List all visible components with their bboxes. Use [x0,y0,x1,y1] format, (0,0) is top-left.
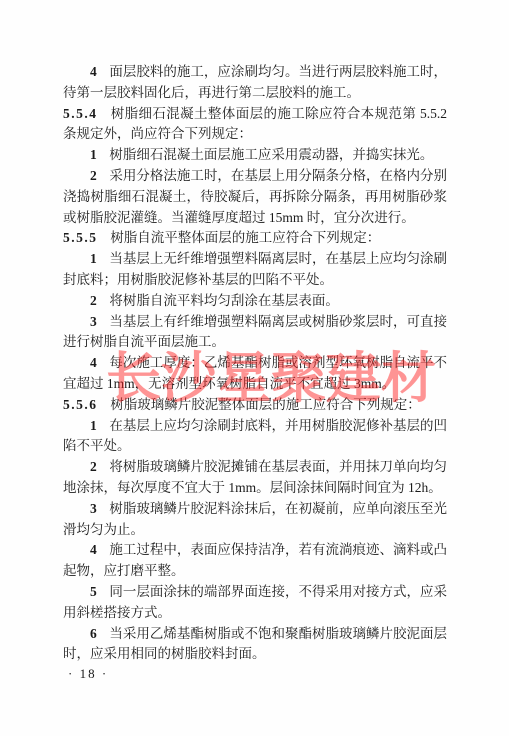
item-text: 同一层面涂抹的端部界面连接，不得采用对接方式，应采用斜槎搭接方式。 [63,584,447,620]
item-number: 1 [90,147,97,162]
clause-text: 树脂自流平整体面层的施工应符合下列规定： [110,230,380,245]
clause-paragraph: 5.5.4树脂细石混凝土整体面层的施工除应符合本规范第 5.5.2 条规定外，尚… [63,104,447,146]
list-item: 3当基层上有纤维增强塑料隔离层或树脂砂浆层时，可直接进行树脂自流平面层施工。 [63,312,447,354]
item-text: 将树脂玻璃鳞片胶泥摊铺在基层表面，并用抹刀单向均匀地涂抹，每次厚度不宜大于 1m… [63,459,447,495]
list-item: 2将树脂自流平料均匀刮涂在基层表面。 [63,291,447,312]
list-item: 3树脂玻璃鳞片胶泥料涂抹后，在初凝前，应单向滚压至光滑均匀为止。 [63,499,447,541]
item-number: 1 [90,418,97,433]
item-text: 面层胶料的施工，应涂刷均匀。当进行两层胶料施工时，待第一层胶料固化后，再进行第二… [63,64,447,100]
list-item: 1当基层上无纤维增强塑料隔离层时，在基层上应均匀涂刷封底料；用树脂胶泥修补基层的… [63,249,447,291]
list-item: 4每次施工厚度：乙烯基酯树脂或溶剂型环氧树脂自流平不宜超过 1mm，无溶剂型环氧… [63,353,447,395]
clause-text: 树脂细石混凝土整体面层的施工除应符合本规范第 5.5.2 条规定外，尚应符合下列… [63,106,447,142]
document-body-text: 4面层胶料的施工，应涂刷均匀。当进行两层胶料施工时，待第一层胶料固化后，再进行第… [63,62,447,665]
item-text: 当基层上无纤维增强塑料隔离层时，在基层上应均匀涂刷封底料；用树脂胶泥修补基层的凹… [63,251,447,287]
document-page: 4面层胶料的施工，应涂刷均匀。当进行两层胶料施工时，待第一层胶料固化后，再进行第… [0,0,509,736]
item-number: 3 [90,501,97,516]
item-number: 2 [90,293,97,308]
item-text: 将树脂自流平料均匀刮涂在基层表面。 [109,293,339,308]
list-item: 4施工过程中，表面应保持洁净，若有流淌痕迹、滴料或凸起物，应打磨平整。 [63,540,447,582]
list-item: 2采用分格法施工时，在基层上用分隔条分格，在格内分别浇捣树脂细石混凝土，待胶凝后… [63,166,447,228]
clause-paragraph: 5.5.5树脂自流平整体面层的施工应符合下列规定： [63,228,447,249]
item-number: 2 [90,168,97,183]
item-text: 施工过程中，表面应保持洁净，若有流淌痕迹、滴料或凸起物，应打磨平整。 [63,542,447,578]
clause-text: 树脂玻璃鳞片胶泥整体面层的施工应符合下列规定： [110,397,421,412]
item-text: 当采用乙烯基酯树脂或不饱和聚酯树脂玻璃鳞片胶泥面层时，应采用相同的树脂胶料封面。 [63,626,447,662]
item-number: 1 [90,251,97,266]
list-item: 5同一层面涂抹的端部界面连接，不得采用对接方式，应采用斜槎搭接方式。 [63,582,447,624]
list-item: 1树脂细石混凝土面层施工应采用震动器，并捣实抹光。 [63,145,447,166]
item-text: 采用分格法施工时，在基层上用分隔条分格，在格内分别浇捣树脂细石混凝土，待胶凝后，… [63,168,447,225]
list-item: 1在基层上应均匀涂刷封底料，并用树脂胶泥修补基层的凹陷不平处。 [63,416,447,458]
item-number: 4 [90,64,97,79]
clause-number: 5.5.5 [63,230,98,245]
clause-paragraph: 5.5.6树脂玻璃鳞片胶泥整体面层的施工应符合下列规定： [63,395,447,416]
page-number: · 18 · [68,666,108,682]
clause-number: 5.5.4 [63,106,98,121]
item-number: 2 [90,459,97,474]
list-item: 2将树脂玻璃鳞片胶泥摊铺在基层表面，并用抹刀单向均匀地涂抹，每次厚度不宜大于 1… [63,457,447,499]
list-item: 4面层胶料的施工，应涂刷均匀。当进行两层胶料施工时，待第一层胶料固化后，再进行第… [63,62,447,104]
item-text: 当基层上有纤维增强塑料隔离层或树脂砂浆层时，可直接进行树脂自流平面层施工。 [63,314,447,350]
item-number: 5 [90,584,97,599]
item-number: 4 [90,355,97,370]
item-number: 3 [90,314,97,329]
item-number: 4 [90,542,97,557]
item-text: 在基层上应均匀涂刷封底料，并用树脂胶泥修补基层的凹陷不平处。 [63,418,447,454]
clause-number: 5.5.6 [63,397,98,412]
item-number: 6 [90,626,97,641]
list-item: 6当采用乙烯基酯树脂或不饱和聚酯树脂玻璃鳞片胶泥面层时，应采用相同的树脂胶料封面… [63,624,447,666]
item-text: 每次施工厚度：乙烯基酯树脂或溶剂型环氧树脂自流平不宜超过 1mm，无溶剂型环氧树… [63,355,447,391]
item-text: 树脂细石混凝土面层施工应采用震动器，并捣实抹光。 [109,147,433,162]
item-text: 树脂玻璃鳞片胶泥料涂抹后，在初凝前，应单向滚压至光滑均匀为止。 [63,501,447,537]
